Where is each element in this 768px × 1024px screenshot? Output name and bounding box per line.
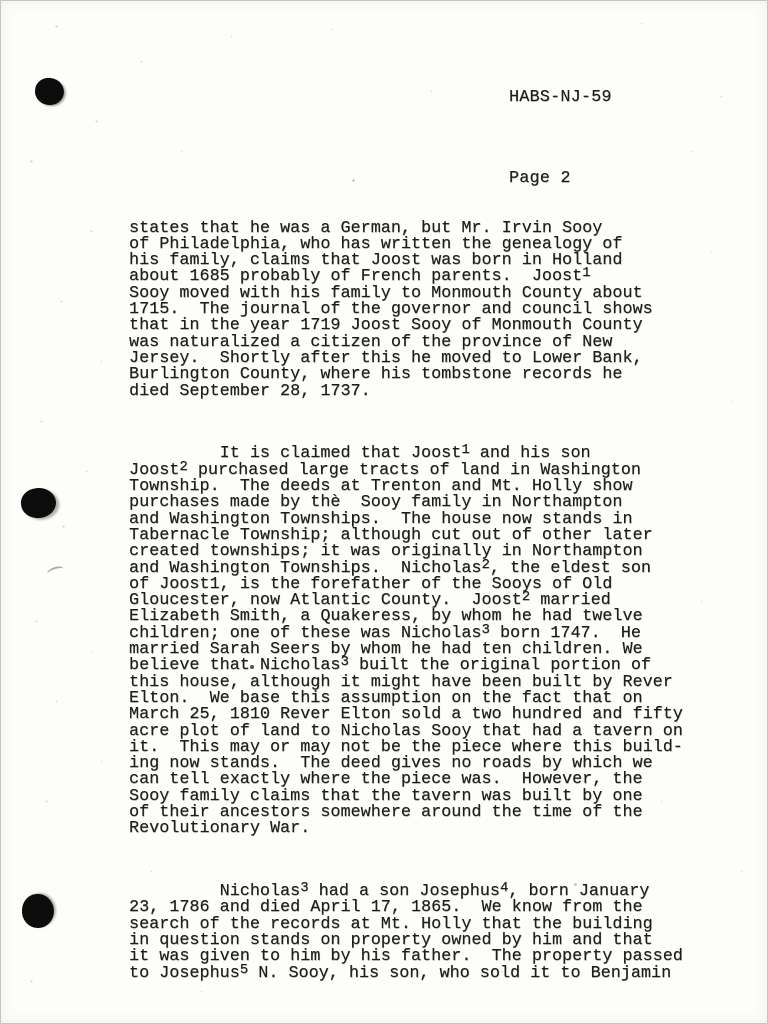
punch-hole-mark <box>33 76 65 107</box>
ink-blot <box>250 665 254 669</box>
paragraph-1: states that he was a German, but Mr. Irv… <box>129 221 683 400</box>
document-body: states that he was a German, but Mr. Irv… <box>129 188 683 1015</box>
paragraph-2: It is claimed that Joost1 and his son Jo… <box>129 446 683 837</box>
punch-hole-mark <box>20 486 58 519</box>
scanned-document-page: HABS-NJ-59 Page 2 states that he was a G… <box>0 0 768 1024</box>
punch-hole-mark <box>21 893 55 929</box>
document-id: HABS-NJ-59 <box>509 84 612 111</box>
pencil-smudge <box>46 565 65 579</box>
scan-noise <box>1 1 2 2</box>
paragraph-3: Nicholas3 had a son Josephus4, born Janu… <box>129 884 683 982</box>
